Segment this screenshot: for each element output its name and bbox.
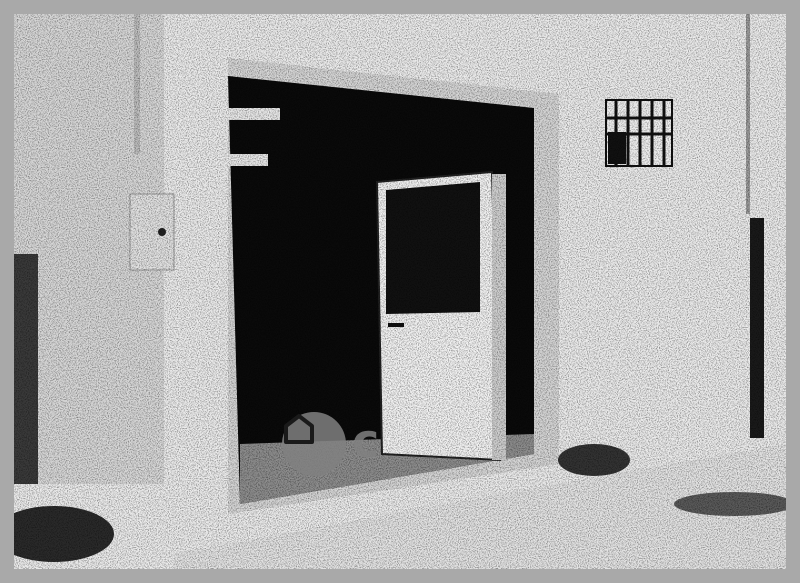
photocopy-grain <box>14 14 786 569</box>
photo: c <box>14 14 786 569</box>
watermark-logo <box>282 412 346 476</box>
scene-illustration <box>14 14 786 569</box>
house-icon <box>282 412 316 446</box>
watermark-text: c <box>352 418 379 464</box>
